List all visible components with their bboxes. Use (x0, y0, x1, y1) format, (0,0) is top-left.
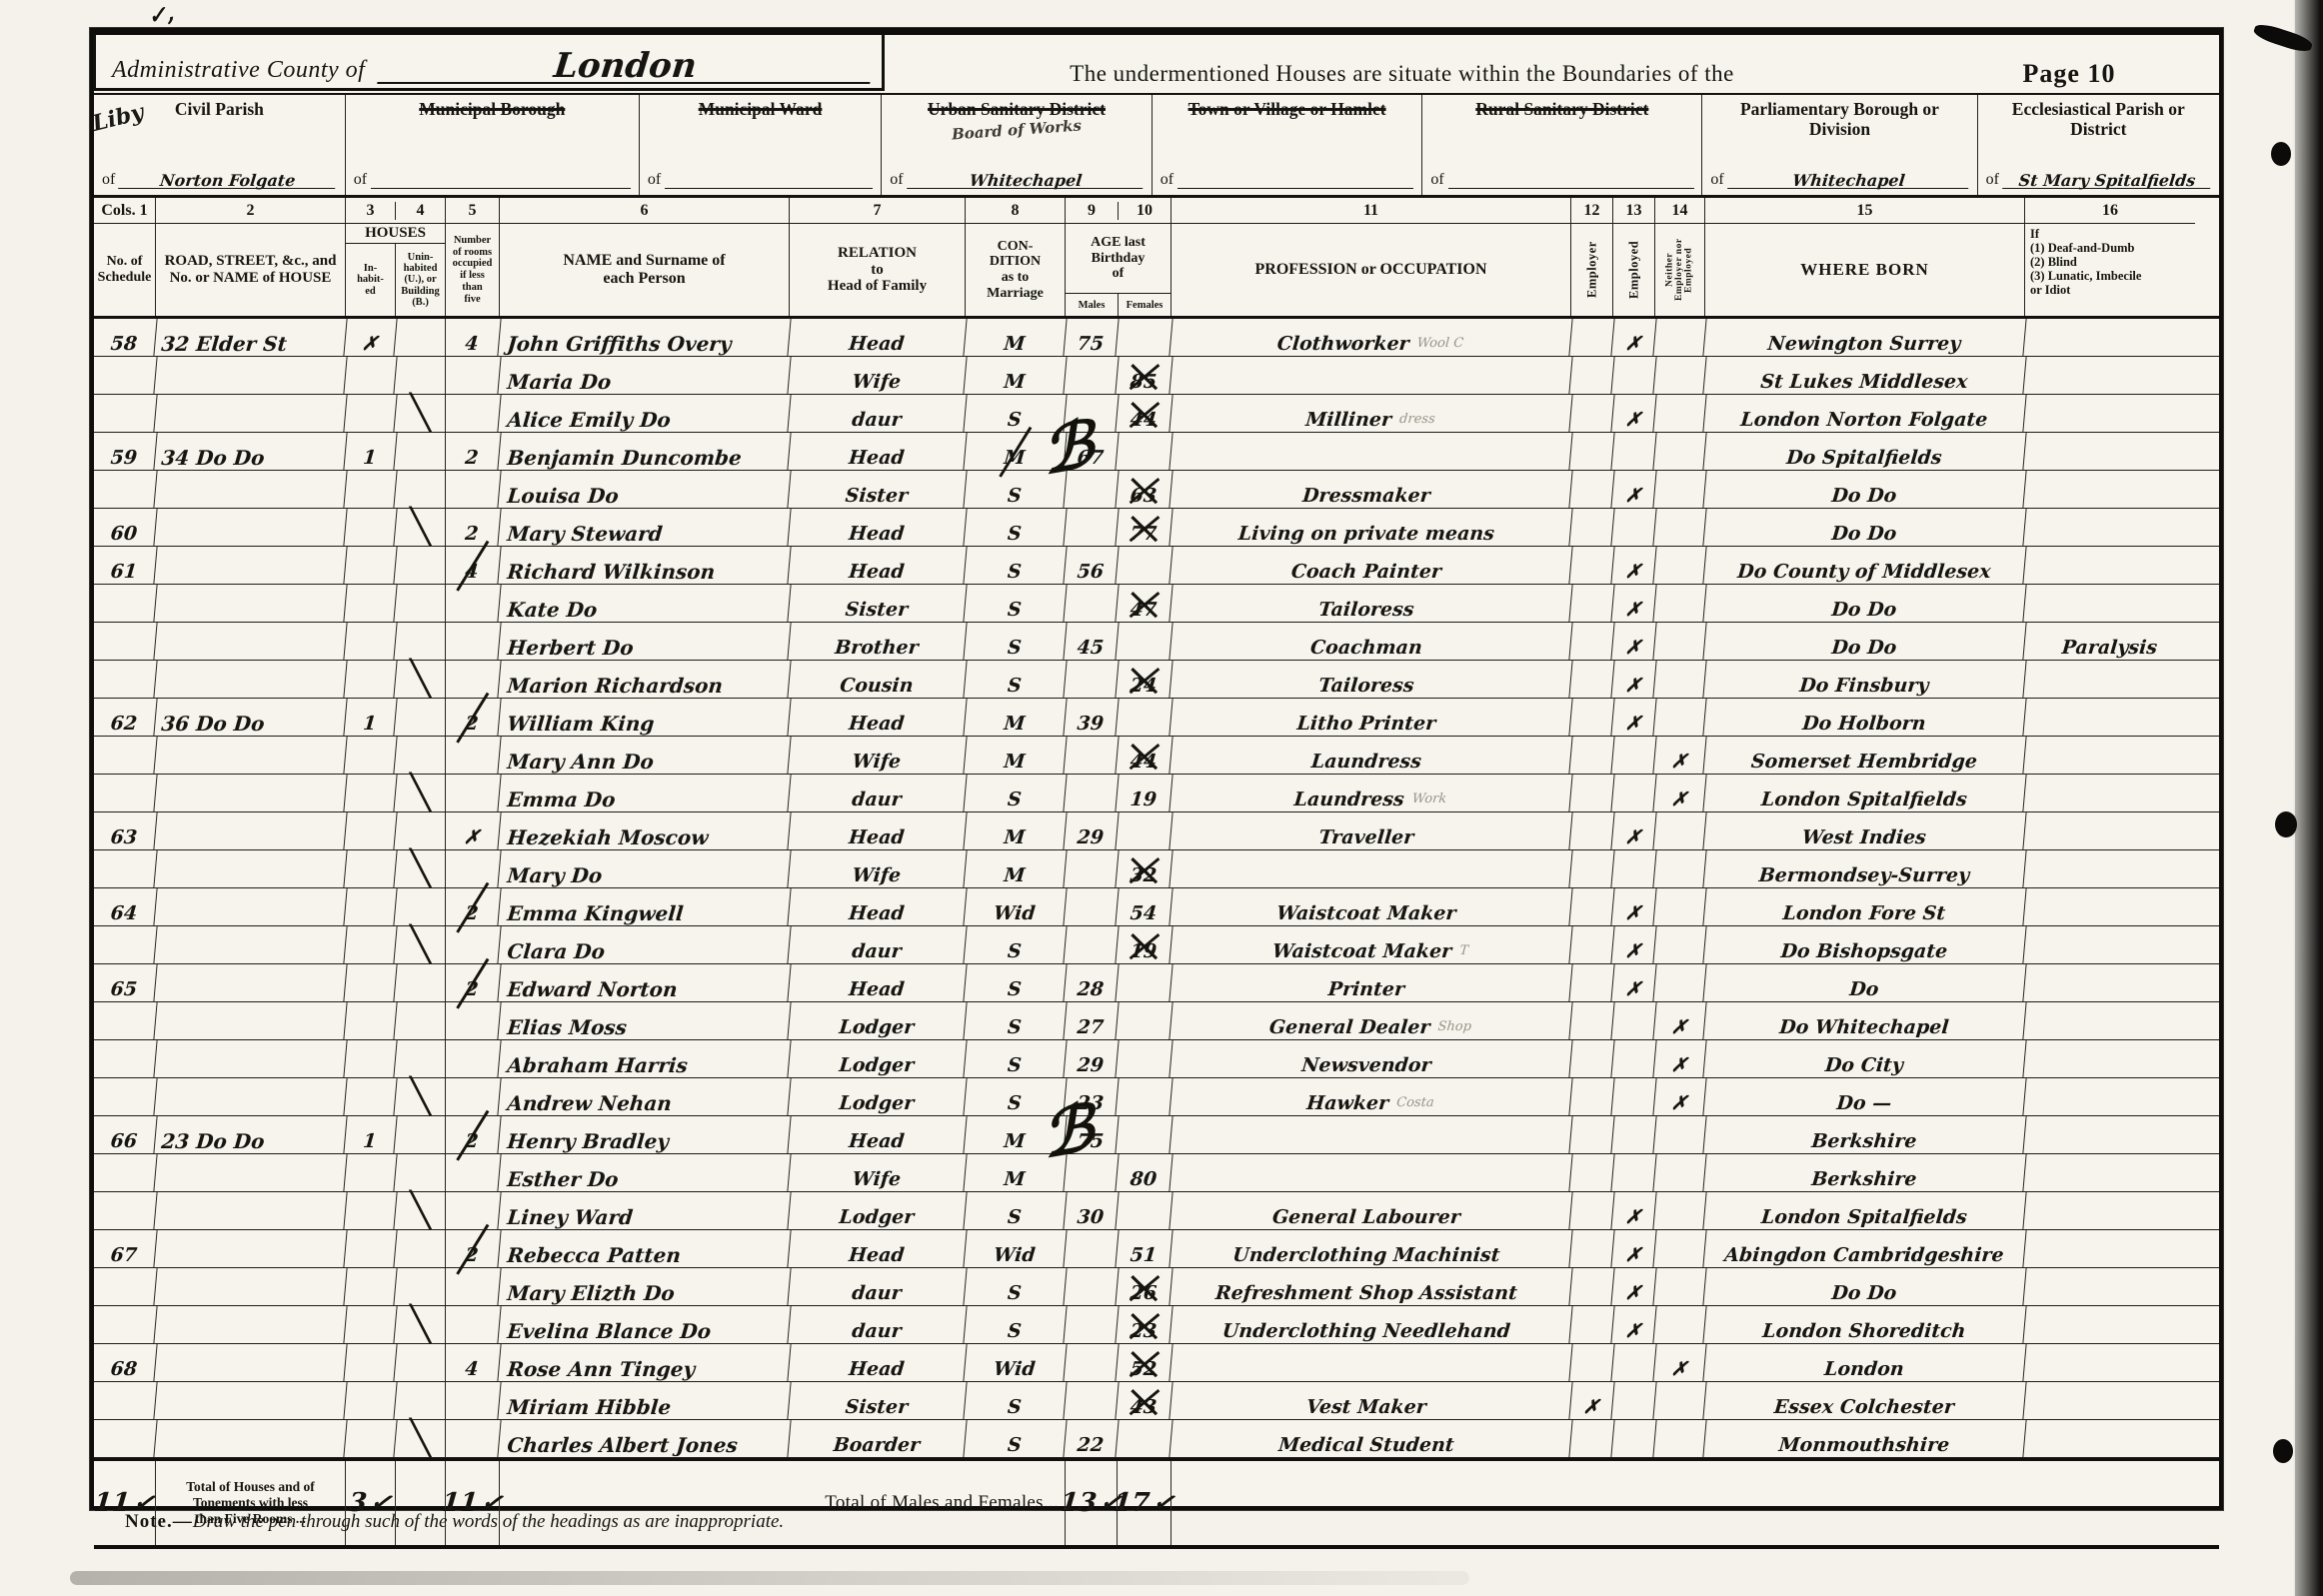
district-field-label: Town or Village or Hamlet (1161, 99, 1414, 119)
totals-row: 11✓ Total of Houses and of Tonements wit… (94, 1458, 2219, 1549)
cell-employer (1569, 1306, 1614, 1343)
cell-employed (1611, 433, 1656, 470)
cell-relation: daur (788, 395, 967, 432)
cell-condition: S (964, 471, 1067, 508)
occupation-text: Dressmaker (1301, 487, 1430, 506)
cell-rooms (444, 1420, 501, 1457)
cell-where-born: Do (1703, 964, 2026, 1001)
district-field-label: Parliamentary Borough or Division (1710, 99, 1968, 139)
cell-schedule (92, 1002, 157, 1039)
district-field: Town or Village or Hamlet of (1153, 95, 1423, 195)
cell-neither: ✗ (1653, 1078, 1706, 1115)
cell-employed (1611, 1040, 1656, 1077)
cell-rooms: 2 (444, 964, 501, 1001)
cell-employer (1569, 471, 1614, 508)
pencil-note: Shop (1437, 1020, 1472, 1033)
district-fields-band: Liby Civil Parish of Norton Folgate Muni… (94, 95, 2219, 198)
of-label: of (1710, 171, 1723, 189)
cell-condition: M (964, 357, 1067, 394)
occupation-text: Laundress (1310, 753, 1422, 772)
cell-employed: ✗ (1611, 699, 1656, 736)
cell-age-female: 80 (1116, 1154, 1172, 1191)
cell-name: Emma Kingwell (498, 888, 791, 925)
cell-where-born: Do — (1703, 1078, 2026, 1115)
cell-employer (1569, 926, 1614, 963)
cell-employed: ✗ (1611, 1230, 1656, 1267)
cell-employed: ✗ (1611, 888, 1656, 925)
cell-infirmity (2023, 471, 2196, 508)
cell-neither (1653, 357, 1706, 394)
cell-age-male (1064, 1344, 1119, 1381)
cell-name: William King (498, 699, 791, 736)
cell-infirmity (2023, 395, 2196, 432)
cell-condition: Wid (964, 1230, 1067, 1267)
admin-county-box: Administrative County of London (93, 34, 885, 91)
cell-road (154, 737, 347, 774)
stray-pen-mark: ✓, (146, 0, 176, 30)
cell-occupation: Underclothing Needlehand (1169, 1306, 1572, 1343)
cell-age-male: 22 (1064, 1420, 1119, 1457)
cell-employed: ✗ (1611, 1268, 1656, 1305)
cell-inhabited (344, 1268, 397, 1305)
cell-employed: ✗ (1611, 812, 1656, 849)
col-rooms-header: 5 Number of rooms occupied if less than … (446, 198, 500, 316)
cell-rooms (444, 1306, 501, 1343)
cell-name: Marion Richardson (498, 661, 791, 698)
cell-occupation (1169, 1116, 1572, 1153)
cell-condition: M (964, 319, 1067, 356)
cell-rooms (444, 395, 501, 432)
cell-uninhabited: ╲ (396, 926, 446, 963)
cell-condition: S (964, 1268, 1067, 1305)
cell-uninhabited: ╲ (396, 1078, 446, 1115)
district-field-value (1177, 188, 1413, 189)
cell-rooms: 2 (444, 1230, 501, 1267)
cell-employer (1569, 1192, 1614, 1229)
district-field-value: Whitechapel (1727, 173, 1970, 189)
cell-condition: S (964, 775, 1067, 811)
occupation-text: Traveller (1318, 828, 1414, 847)
cell-rooms (444, 850, 501, 887)
cell-schedule (92, 661, 157, 698)
cell-name: Andrew Nehan (498, 1078, 791, 1115)
table-row: Esther Do Wife M 80 Berkshire (94, 1154, 2219, 1192)
table-row: 66 23 Do Do 1 2 Henry Bradley Head M 75 … (94, 1116, 2219, 1154)
cell-employed: ✗ (1611, 661, 1656, 698)
cell-uninhabited (396, 433, 446, 470)
cell-condition: M (964, 433, 1067, 470)
cell-condition: M (964, 699, 1067, 736)
table-row: 64 2 Emma Kingwell Head Wid 54 Waistcoat… (94, 888, 2219, 926)
occupation-text: Hawker (1305, 1094, 1389, 1113)
cell-age-male: 56 (1064, 547, 1119, 584)
pencil-note: T (1459, 944, 1469, 957)
cell-age-female: 47 (1116, 585, 1172, 622)
cell-rooms: 2 (444, 699, 501, 736)
cell-age-female: 32 (1116, 850, 1172, 887)
cell-neither: ✗ (1653, 737, 1706, 774)
page-number: Page 10 (1919, 35, 2219, 93)
cell-relation: Head (788, 319, 967, 356)
cell-employer (1569, 850, 1614, 887)
cell-where-born: Do Do (1703, 471, 2026, 508)
district-field-value (665, 188, 873, 189)
cell-age-female (1116, 1002, 1172, 1039)
cell-rooms: 4 (444, 547, 501, 584)
cell-employed: ✗ (1611, 547, 1656, 584)
cell-uninhabited (396, 1268, 446, 1305)
cell-road: 23 Do Do (154, 1116, 347, 1153)
cell-employer (1569, 661, 1614, 698)
cell-infirmity (2023, 357, 2196, 394)
cell-inhabited: 1 (344, 1116, 397, 1153)
admin-county-label: Administrative County of (112, 57, 365, 84)
cell-inhabited: ✗ (344, 319, 397, 356)
cell-uninhabited (396, 1154, 446, 1191)
cell-age-male (1064, 1268, 1119, 1305)
cell-age-female: 23 (1116, 1306, 1172, 1343)
cell-infirmity (2023, 926, 2196, 963)
table-row: ╲ Andrew Nehan Lodger S 23 Hawker Costa … (94, 1078, 2219, 1116)
cell-age-male: 39 (1064, 699, 1119, 736)
cell-employer (1569, 1344, 1614, 1381)
cell-infirmity (2023, 1078, 2196, 1115)
table-row: ╲ Clara Do daur S 19 Waistcoat Maker T ✗… (94, 926, 2219, 964)
cell-occupation: Laundress Work (1169, 775, 1572, 811)
cell-age-female (1116, 623, 1172, 660)
cell-where-born: London Fore St (1703, 888, 2026, 925)
cell-neither: ✗ (1653, 775, 1706, 811)
cell-where-born: Do Bishopsgate (1703, 926, 2026, 963)
cell-uninhabited (396, 623, 446, 660)
cell-age-male (1064, 585, 1119, 622)
table-row: 68 4 Rose Ann Tingey Head Wid 52 ✗ Londo… (94, 1344, 2219, 1382)
cell-where-born: Do City (1703, 1040, 2026, 1077)
cell-neither (1653, 547, 1706, 584)
cell-rooms (444, 1002, 501, 1039)
cell-road (154, 1306, 347, 1343)
cell-uninhabited: ╲ (396, 661, 446, 698)
cell-age-male: 75 (1064, 1116, 1119, 1153)
occupation-text: Clothworker (1276, 335, 1410, 354)
total-females: 17✓ (1118, 1461, 1171, 1545)
occupation-text: Waistcoat Maker (1271, 942, 1452, 961)
cell-neither (1653, 964, 1706, 1001)
cell-neither (1653, 850, 1706, 887)
cell-uninhabited (396, 1040, 446, 1077)
district-field-value: Whitechapel (907, 173, 1145, 189)
cell-neither (1653, 433, 1706, 470)
cell-inhabited (344, 1420, 397, 1457)
cell-road (154, 850, 347, 887)
cell-age-female: 44 (1116, 395, 1172, 432)
district-field-value (1448, 188, 1694, 189)
cell-uninhabited (396, 357, 446, 394)
cell-neither (1653, 623, 1706, 660)
cell-schedule: 66 (92, 1116, 157, 1153)
cell-employer (1569, 812, 1614, 849)
cell-infirmity (2023, 1382, 2196, 1419)
cell-occupation: Vest Maker (1169, 1382, 1572, 1419)
cell-condition: M (964, 737, 1067, 774)
cell-road (154, 888, 347, 925)
cell-occupation: Traveller (1169, 812, 1572, 849)
cell-condition: S (964, 1382, 1067, 1419)
cell-employed (1611, 1002, 1656, 1039)
cell-age-female (1116, 1116, 1172, 1153)
occupation-text: Newsvendor (1300, 1056, 1431, 1075)
cell-uninhabited (396, 1382, 446, 1419)
district-field-label: Municipal Borough (354, 99, 631, 119)
cell-infirmity (2023, 1344, 2196, 1381)
cell-inhabited (344, 509, 397, 546)
cell-uninhabited: ╲ (396, 509, 446, 546)
cell-where-born: Do Do (1703, 1268, 2026, 1305)
cell-inhabited (344, 395, 397, 432)
cell-age-female (1116, 319, 1172, 356)
cell-uninhabited: ╲ (396, 775, 446, 811)
census-rows: 58 32 Elder St ✗ 4 John Griffiths Overy … (94, 319, 2219, 1458)
cell-employed (1611, 850, 1656, 887)
cell-occupation (1169, 433, 1572, 470)
cell-occupation: Clothworker Wool C (1169, 319, 1572, 356)
cell-name: Elias Moss (498, 1002, 791, 1039)
col-infirmity-header: 16 If (1) Deaf-and-Dumb (2) Blind (3) Lu… (2025, 198, 2195, 316)
occupation-text: General Labourer (1271, 1208, 1461, 1227)
cell-relation: Brother (788, 623, 967, 660)
cell-uninhabited (396, 1344, 446, 1381)
cell-schedule: 68 (92, 1344, 157, 1381)
cell-neither (1653, 1192, 1706, 1229)
situate-line: The undermentioned Houses are situate wi… (885, 35, 1919, 93)
occupation-text: Refreshment Shop Assistant (1214, 1284, 1518, 1303)
cell-road (154, 471, 347, 508)
occupation-text: Living on private means (1237, 525, 1495, 544)
cell-occupation: Tailoress (1169, 661, 1572, 698)
table-row: ╲ Evelina Blance Do daur S 23 Undercloth… (94, 1306, 2219, 1344)
cell-uninhabited (396, 471, 446, 508)
cell-name: Alice Emily Do (498, 395, 791, 432)
cell-road (154, 395, 347, 432)
cell-inhabited (344, 1002, 397, 1039)
cell-road (154, 812, 347, 849)
cell-employer (1569, 964, 1614, 1001)
of-label: of (1986, 171, 1999, 189)
cell-employer (1569, 737, 1614, 774)
district-field: Municipal Ward of (640, 95, 882, 195)
total-males: 13✓ (1066, 1461, 1118, 1545)
cell-uninhabited: ╲ (396, 850, 446, 887)
district-field-label: Civil Parish (102, 99, 337, 119)
cell-occupation: Milliner dress (1169, 395, 1572, 432)
cell-infirmity (2023, 1230, 2196, 1267)
cell-rooms (444, 1078, 501, 1115)
cell-relation: Head (788, 433, 967, 470)
cell-condition: S (964, 623, 1067, 660)
cell-employed (1611, 737, 1656, 774)
cell-schedule (92, 737, 157, 774)
ink-blot (2275, 811, 2297, 837)
cell-inhabited (344, 471, 397, 508)
cell-age-female (1116, 547, 1172, 584)
cell-inhabited (344, 812, 397, 849)
cell-rooms (444, 661, 501, 698)
cell-road (154, 1230, 347, 1267)
cell-road (154, 1040, 347, 1077)
cell-name: Clara Do (498, 926, 791, 963)
cell-where-born: Monmouthshire (1703, 1420, 2026, 1457)
cell-rooms (444, 623, 501, 660)
cell-neither (1653, 1306, 1706, 1343)
cell-schedule (92, 357, 157, 394)
cell-neither (1653, 812, 1706, 849)
cell-relation: Head (788, 888, 967, 925)
col-schedule-header: Cols. 1 No. of Schedule (94, 198, 156, 316)
census-form: Administrative County of London The unde… (90, 28, 2223, 1510)
col-employer-header: 12 Employer (1571, 198, 1613, 316)
cell-employed (1611, 775, 1656, 811)
cell-employer: ✗ (1569, 1382, 1614, 1419)
cell-age-female: 51 (1116, 1230, 1172, 1267)
cell-where-born: London (1703, 1344, 2026, 1381)
table-row: 58 32 Elder St ✗ 4 John Griffiths Overy … (94, 319, 2219, 357)
cell-neither (1653, 661, 1706, 698)
cell-name: Charles Albert Jones (498, 1420, 791, 1457)
cell-where-born: Berkshire (1703, 1154, 2026, 1191)
cell-age-female: 26 (1116, 1268, 1172, 1305)
cell-name: Benjamin Duncombe (498, 433, 791, 470)
cell-employed (1611, 1382, 1656, 1419)
cell-relation: Head (788, 547, 967, 584)
cell-relation: Head (788, 1116, 967, 1153)
cell-occupation: Tailoress (1169, 585, 1572, 622)
cell-name: Mary Ann Do (498, 737, 791, 774)
cell-inhabited (344, 1344, 397, 1381)
cell-uninhabited (396, 1230, 446, 1267)
col-age-header: 9 10 AGE last Birthday of Males Females (1066, 198, 1171, 316)
district-field: Rural Sanitary District of (1422, 95, 1702, 195)
district-field: Ecclesiastical Parish or District of St … (1978, 95, 2219, 195)
cell-employed: ✗ (1611, 471, 1656, 508)
cell-age-male: 30 (1064, 1192, 1119, 1229)
admin-county-value: London (378, 51, 874, 84)
cell-uninhabited (396, 737, 446, 774)
cell-age-male (1064, 926, 1119, 963)
cell-where-born: Abingdon Cambridgeshire (1703, 1230, 2026, 1267)
cell-occupation: Living on private means (1169, 509, 1572, 546)
cell-relation: Head (788, 812, 967, 849)
cell-employed: ✗ (1611, 585, 1656, 622)
cell-neither (1653, 395, 1706, 432)
table-row: Herbert Do Brother S 45 Coachman ✗ Do Do… (94, 623, 2219, 661)
cell-road (154, 1192, 347, 1229)
cell-rooms (444, 1040, 501, 1077)
cell-occupation: Waistcoat Maker (1169, 888, 1572, 925)
cell-neither (1653, 585, 1706, 622)
cell-employer (1569, 585, 1614, 622)
cell-relation: Wife (788, 357, 967, 394)
cell-where-born: Do County of Middlesex (1703, 547, 2026, 584)
cell-relation: Sister (788, 1382, 967, 1419)
col-houses-header: 3 4 HOUSES In- habit- ed Unin- habited (… (346, 198, 446, 316)
cell-neither (1653, 1230, 1706, 1267)
col-employed-header: 13 Employed (1613, 198, 1655, 316)
cell-inhabited (344, 547, 397, 584)
cell-inhabited (344, 775, 397, 811)
cell-schedule (92, 1154, 157, 1191)
cell-relation: Head (788, 1230, 967, 1267)
cell-schedule (92, 1382, 157, 1419)
cell-infirmity (2023, 1306, 2196, 1343)
district-field-note: Board of Works (951, 116, 1082, 143)
cell-neither: ✗ (1653, 1002, 1706, 1039)
cell-infirmity (2023, 699, 2196, 736)
cell-infirmity (2023, 661, 2196, 698)
cell-rooms (444, 737, 501, 774)
cell-condition: S (964, 1420, 1067, 1457)
pencil-note: dress (1399, 413, 1436, 426)
cell-infirmity (2023, 850, 2196, 887)
cell-relation: Wife (788, 850, 967, 887)
cell-schedule (92, 471, 157, 508)
table-row: ╲ Emma Do daur S 19 Laundress Work ✗ Lon… (94, 775, 2219, 812)
district-field-label: Municipal Ward (648, 99, 873, 119)
cell-age-female (1116, 964, 1172, 1001)
cell-occupation: Hawker Costa (1169, 1078, 1572, 1115)
cell-rooms: 4 (444, 1344, 501, 1381)
cell-inhabited (344, 357, 397, 394)
cell-occupation: Dressmaker (1169, 471, 1572, 508)
cell-infirmity (2023, 1116, 2196, 1153)
cell-relation: Boarder (788, 1420, 967, 1457)
cell-rooms (444, 1382, 501, 1419)
cell-name: John Griffiths Overy (498, 319, 791, 356)
cell-road (154, 926, 347, 963)
cell-age-female: 19 (1116, 775, 1172, 811)
cell-employed: ✗ (1611, 1306, 1656, 1343)
cell-relation: daur (788, 926, 967, 963)
cell-relation: Sister (788, 585, 967, 622)
cell-condition: S (964, 926, 1067, 963)
cell-occupation: Litho Printer (1169, 699, 1572, 736)
cell-employer (1569, 357, 1614, 394)
cell-where-born: Somerset Hembridge (1703, 737, 2026, 774)
footer-note: Note.—Draw the pen through such of the w… (125, 1511, 784, 1533)
cell-age-female: 54 (1116, 888, 1172, 925)
cell-where-born: Do Spitalfields (1703, 433, 2026, 470)
cell-occupation (1169, 1344, 1572, 1381)
cell-age-female (1116, 1040, 1172, 1077)
cell-employed: ✗ (1611, 395, 1656, 432)
cell-relation: Head (788, 699, 967, 736)
cell-neither (1653, 699, 1706, 736)
cell-where-born: Do Whitechapel (1703, 1002, 2026, 1039)
cell-age-female (1116, 1192, 1172, 1229)
district-field-value: St Mary Spitalfields (2002, 173, 2212, 189)
occupation-text: Vest Maker (1305, 1398, 1426, 1417)
cell-road (154, 623, 347, 660)
cell-age-male: 27 (1064, 1002, 1119, 1039)
occupation-text: Tailoress (1317, 677, 1414, 696)
cell-inhabited (344, 623, 397, 660)
cell-road (154, 1002, 347, 1039)
cell-where-born: St Lukes Middlesex (1703, 357, 2026, 394)
table-row: Kate Do Sister S 47 Tailoress ✗ Do Do (94, 585, 2219, 623)
district-field: Urban Sanitary District Board of Works o… (882, 95, 1153, 195)
cell-inhabited (344, 1192, 397, 1229)
cell-infirmity (2023, 585, 2196, 622)
cell-schedule (92, 850, 157, 887)
